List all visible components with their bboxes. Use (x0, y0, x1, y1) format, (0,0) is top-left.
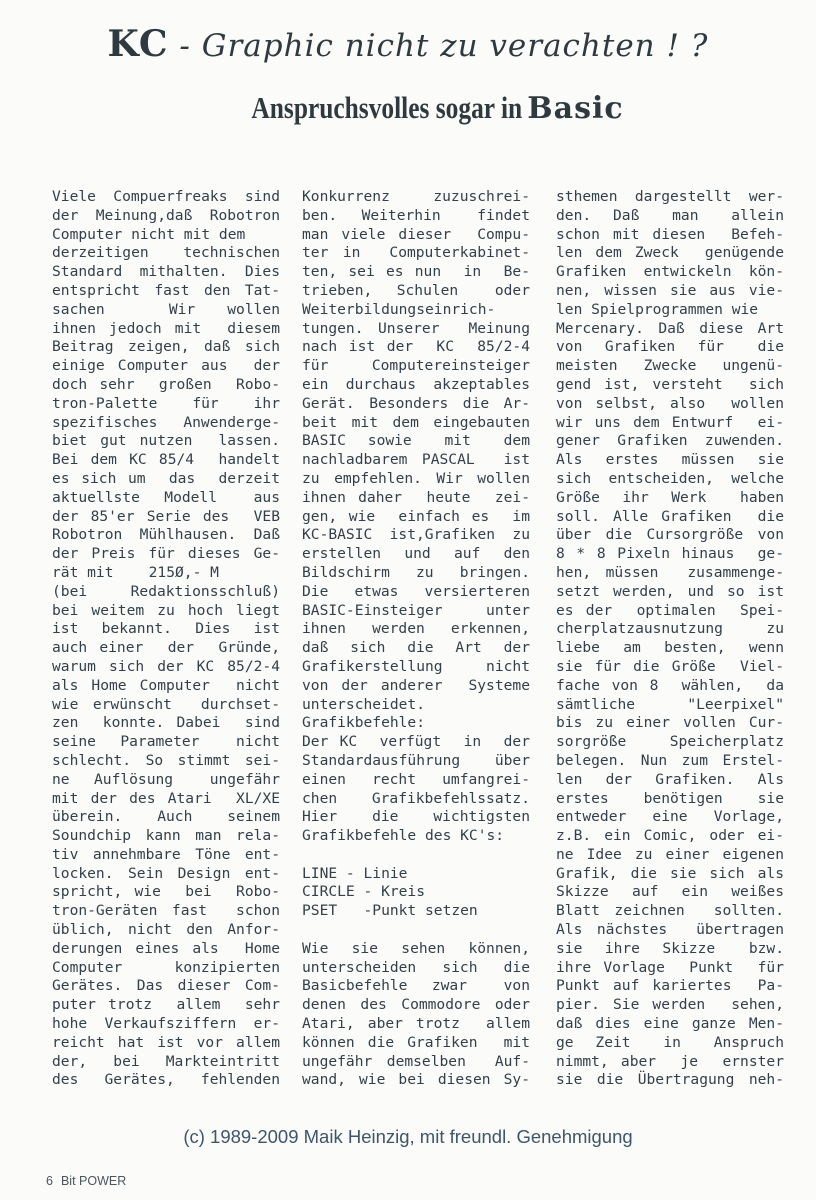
text-line: ist bekannt. Dies ist (52, 620, 280, 639)
text-line: spricht, wie bei Robo- (52, 883, 280, 902)
text-line: sachen Wir wollen (52, 301, 280, 320)
text-line: aktuellste Modell aus (52, 489, 280, 508)
text-line: CIRCLE - Kreis (302, 883, 530, 902)
text-line: Computer nicht mit dem (52, 226, 280, 245)
article-title: KC - Graphic nicht zu verachten ! ? (0, 22, 816, 68)
text-line: Atari, aber trotz allem (302, 1015, 530, 1034)
text-line: schlecht. So stimmt sei- (52, 752, 280, 771)
text-line: nimmt, aber je ernster (556, 1053, 784, 1072)
text-line: derzeitigen technischen (52, 244, 280, 263)
text-line: daß sich die Art der (302, 639, 530, 658)
text-line: derungen eines als Home (52, 940, 280, 959)
text-line: bei weitem zu hoch liegt (52, 602, 280, 621)
text-line: z.B. ein Comic, oder ei- (556, 827, 784, 846)
text-line: sich entscheiden, welche (556, 470, 784, 489)
text-line: Grafikbefehle des KC's: (302, 827, 530, 846)
text-line: Soundchip kann man rela- (52, 827, 280, 846)
text-line: Größe ihr Werk haben (556, 489, 784, 508)
text-line: sie für die Größe Viel- (556, 658, 784, 677)
text-line: gen, wie einfach es im (302, 508, 530, 527)
text-line: einen recht umfangrei- (302, 771, 530, 790)
text-line: spezifisches Anwenderge- (52, 414, 280, 433)
text-line: Weiterbildungseinrich- (302, 301, 530, 320)
text-line: hen, müssen zusammenge- (556, 564, 784, 583)
text-line: üblich, nicht den Anfor- (52, 921, 280, 940)
text-column-2: Konkurrenz zuzuschrei-ben. Weiterhin fin… (302, 188, 530, 1090)
text-line: der 85'er Serie des VEB (52, 508, 280, 527)
text-line: Gerätes. Das dieser Com- (52, 977, 280, 996)
article-subtitle-basic: Basic (527, 91, 623, 126)
text-line: hohe Verkaufsziffern er- (52, 1015, 280, 1034)
text-line: Grafikerstellung nicht (302, 658, 530, 677)
text-line: beit mit dem eingebauten (302, 414, 530, 433)
text-line: gener Grafiken zuwenden. (556, 432, 784, 451)
text-line: ungefähr demselben Auf- (302, 1053, 530, 1072)
text-line: Gerät. Besonders die Ar- (302, 395, 530, 414)
text-line: nach ist der KC 85/2-4 (302, 338, 530, 357)
text-line: Der KC verfügt in der (302, 733, 530, 752)
article-subtitle: Anspruchsvolles sogar in Basic (0, 88, 816, 129)
text-line: setzt werden, und so ist (556, 583, 784, 602)
text-line: Blatt zeichnen sollten. (556, 902, 784, 921)
text-line: PSET -Punkt setzen (302, 902, 530, 921)
text-line: seine Parameter nicht (52, 733, 280, 752)
text-line: sorgröße Speicherplatz (556, 733, 784, 752)
text-line: der Preis für dieses Ge- (52, 545, 280, 564)
text-line: ihnen daher heute zei- (302, 489, 530, 508)
text-line: gend ist, versteht sich (556, 376, 784, 395)
text-line: der Meinung,daß Robotron (52, 207, 280, 226)
text-line: Standard mithalten. Dies (52, 263, 280, 282)
text-line: tungen. Unserer Meinung (302, 320, 530, 339)
text-line: Wie sie sehen können, (302, 940, 530, 959)
text-line: Robotron Mühlhausen. Daß (52, 526, 280, 545)
text-line: Basicbefehle zwar von (302, 977, 530, 996)
text-line: KC-BASIC ist,Grafiken zu (302, 526, 530, 545)
text-line: wir uns dem Entwurf ei- (556, 414, 784, 433)
text-line: pier. Sie werden sehen, (556, 996, 784, 1015)
text-line: der, bei Markteintritt (52, 1053, 280, 1072)
text-line: cherplatzausnutzung zu (556, 620, 784, 639)
text-line: fache von 8 wählen, da (556, 677, 784, 696)
text-line: Viele Compuerfreaks sind (52, 188, 280, 207)
text-line (302, 846, 530, 865)
text-line: zu empfehlen. Wir wollen (302, 470, 530, 489)
text-line: tron-Palette für ihr (52, 395, 280, 414)
text-line: unterscheidet. (302, 696, 530, 715)
text-line: Skizze auf ein weißes (556, 883, 784, 902)
text-line: Grafikbefehle: (302, 714, 530, 733)
text-line: len der Grafiken. Als (556, 771, 784, 790)
article-title-kc: KC (108, 23, 169, 65)
text-line: tiv annehmbare Töne ent- (52, 846, 280, 865)
text-line: ten, sei es nun in Be- (302, 263, 530, 282)
text-column-1: Viele Compuerfreaks sindder Meinung,daß … (52, 188, 280, 1090)
text-line: sämtliche "Leerpixel" (556, 696, 784, 715)
text-line: Standardausführung über (302, 752, 530, 771)
text-line: Als erstes müssen sie (556, 451, 784, 470)
copyright-notice: (c) 1989-2009 Maik Heinzig, mit freundl.… (0, 1126, 816, 1148)
text-line: soll. Alle Grafiken die (556, 508, 784, 527)
text-line: es der optimalen Spei- (556, 602, 784, 621)
text-line: ne Idee zu einer eigenen (556, 846, 784, 865)
text-line: sie ihre Skizze bzw. (556, 940, 784, 959)
text-line: belegen. Nun zum Erstel- (556, 752, 784, 771)
text-line: rät mit 215Ø,- M (52, 564, 280, 583)
text-line: meisten Zwecke ungenü- (556, 357, 784, 376)
text-line: einige Computer aus der (52, 357, 280, 376)
text-line: daß dies eine ganze Men- (556, 1015, 784, 1034)
text-line: Grafik, die sie sich als (556, 865, 784, 884)
text-line: mit der des Atari XL/XE (52, 790, 280, 809)
text-line: sthemen dargestellt wer- (556, 188, 784, 207)
text-line: LINE - Linie (302, 865, 530, 884)
text-line: zen konnte. Dabei sind (52, 714, 280, 733)
text-line: ge Zeit in Anspruch (556, 1034, 784, 1053)
text-line: erstes benötigen sie (556, 790, 784, 809)
text-line: als Home Computer nicht (52, 677, 280, 696)
text-line: von selbst, also wollen (556, 395, 784, 414)
text-line: warum sich der KC 85/2-4 (52, 658, 280, 677)
text-line: locken. Sein Design ent- (52, 865, 280, 884)
text-line: Als nächstes übertragen (556, 921, 784, 940)
text-line: len dem Zweck genügende (556, 244, 784, 263)
text-line: puter trotz allem sehr (52, 996, 280, 1015)
article-title-script: - Graphic nicht zu verachten ! ? (169, 28, 709, 64)
text-line: man viele dieser Compu- (302, 226, 530, 245)
text-line: doch sehr großen Robo- (52, 376, 280, 395)
text-line: ein durchaus akzeptables (302, 376, 530, 395)
text-line: erstellen und auf den (302, 545, 530, 564)
text-line: len Spielprogrammen wie (556, 301, 784, 320)
text-line: chen Grafikbefehlssatz. (302, 790, 530, 809)
text-line: BASIC-Einsteiger unter (302, 602, 530, 621)
text-line: für Computereinsteiger (302, 357, 530, 376)
text-line: Computer konzipierten (52, 959, 280, 978)
text-line: es sich um das derzeit (52, 470, 280, 489)
text-line: Bei dem KC 85/4 handelt (52, 451, 280, 470)
article-subtitle-main: Anspruchsvolles sogar in (252, 88, 523, 128)
text-line: ne Auflösung ungefähr (52, 771, 280, 790)
text-line: Konkurrenz zuzuschrei- (302, 188, 530, 207)
text-column-3: sthemen dargestellt wer-den. Daß man all… (556, 188, 784, 1090)
text-line: von der anderer Systeme (302, 677, 530, 696)
text-line: ihnen werden erkennen, (302, 620, 530, 639)
text-line: bis zu einer vollen Cur- (556, 714, 784, 733)
text-line: BASIC sowie mit dem (302, 432, 530, 451)
text-line: können die Grafiken mit (302, 1034, 530, 1053)
text-line: entweder eine Vorlage, (556, 808, 784, 827)
text-line: 8 * 8 Pixeln hinaus ge- (556, 545, 784, 564)
text-line: tron-Geräten fast schon (52, 902, 280, 921)
text-line: (bei Redaktionsschluß) (52, 583, 280, 602)
text-line: ter in Computerkabinet- (302, 244, 530, 263)
page-folio: 6Bit POWER (46, 1174, 126, 1188)
text-line: Mercenary. Daß diese Art (556, 320, 784, 339)
text-line: auch einer der Gründe, (52, 639, 280, 658)
text-line: Grafiken entwickeln kön- (556, 263, 784, 282)
text-line: über die Cursorgröße von (556, 526, 784, 545)
page-number: 6 (46, 1174, 53, 1188)
text-line: wie erwünscht durchset- (52, 696, 280, 715)
text-line: denen des Commodore oder (302, 996, 530, 1015)
text-line: Die etwas versierteren (302, 583, 530, 602)
text-line: biet gut nutzen lassen. (52, 432, 280, 451)
text-line: entspricht fast den Tat- (52, 282, 280, 301)
text-line: nachladbarem PASCAL ist (302, 451, 530, 470)
magazine-name: Bit POWER (61, 1174, 126, 1188)
text-line: nen, wissen sie aus vie- (556, 282, 784, 301)
text-line: trieben, Schulen oder (302, 282, 530, 301)
text-line: reicht hat ist vor allem (52, 1034, 280, 1053)
text-line: wand, wie bei diesen Sy- (302, 1071, 530, 1090)
text-line: ihre Vorlage Punkt für (556, 959, 784, 978)
text-line: ben. Weiterhin findet (302, 207, 530, 226)
text-line: Bildschirm zu bringen. (302, 564, 530, 583)
text-line: liebe am besten, wenn (556, 639, 784, 658)
text-line: überein. Auch seinem (52, 808, 280, 827)
text-line: sie die Übertragung neh- (556, 1071, 784, 1090)
text-line: von Grafiken für die (556, 338, 784, 357)
text-line: ihnen jedoch mit diesem (52, 320, 280, 339)
text-line: unterscheiden sich die (302, 959, 530, 978)
text-line: des Gerätes, fehlenden (52, 1071, 280, 1090)
text-line (302, 921, 530, 940)
text-line: Punkt auf kariertes Pa- (556, 977, 784, 996)
text-line: Hier die wichtigsten (302, 808, 530, 827)
text-line: Beitrag zeigen, daß sich (52, 338, 280, 357)
text-line: schon mit diesen Befeh- (556, 226, 784, 245)
text-line: den. Daß man allein (556, 207, 784, 226)
